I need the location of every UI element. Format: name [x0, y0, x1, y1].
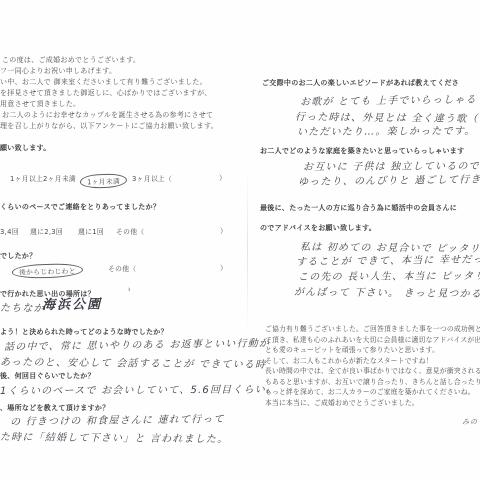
intro-line: 理を召し上がりながら、以下アンケートにご協力お願い致します。: [0, 121, 218, 131]
closing-line: そして、お二人もこれからが新たなスタートですね！: [265, 355, 433, 365]
agency-signature: みのり: [462, 417, 480, 427]
intro-line: を拝見させて頂きました御返しに、心ばかりではございますが、: [0, 88, 212, 98]
family-answer-line: ゆったり、のんびりと 過ごして行きたいと 思: [298, 170, 480, 188]
intro-line: い中、お二人で 御来室くださいまして有り難うございました。: [0, 77, 207, 87]
pace-option-2: 週に2,3回: [30, 226, 63, 236]
closing-line: ご協力有り難うございました。ご回答頂きました事を一つの成功例とし: [265, 323, 480, 333]
pace-option-1: 3,4回: [0, 226, 19, 236]
intro-closing-fragment: 願い致します。: [0, 143, 51, 153]
advice-answer-line: することが できて、本当に 幸せだったと: [296, 250, 480, 268]
left-page: この度は、ご成婚おめでとうございます。 フ一同心よりお祝い申しあげます。 い中、…: [0, 0, 240, 480]
pace-option-3: 週に1回: [78, 226, 104, 236]
decide-answer-line: 話の中で、常に 思いやりのある お返事といい行動が: [4, 334, 270, 353]
duration-option-3: 3ヶ月以上（: [132, 173, 172, 183]
advice-answer-line: がんばって 下さい。 きっと見つかると 思: [294, 283, 480, 300]
advice-answer-line: この先の 長い人生、本当に ピッタリの方: [298, 267, 480, 283]
pace-question: くらいのペースでご連絡をとりあってましたか？: [0, 202, 160, 212]
duration-paren-close: ）: [219, 173, 226, 183]
intro-line: 用意させて頂きました。: [0, 99, 80, 109]
episode-question: ご交際中のお二人の楽しいエピソードがあれば教えてくださ: [262, 78, 459, 88]
family-question: お二人でどのような家庭を築きたいと思っていらっしゃいます: [260, 146, 464, 156]
feeling-selected-circle: 後からじわじわと: [12, 259, 83, 278]
pace-option-other: その他（: [116, 226, 144, 236]
closing-line: 長い時間の中では、全てが良い事ばかりではなく、意見が衝突される: [265, 365, 480, 375]
decide-answer-line: あったのと、安心して 会話することが できている時: [0, 353, 266, 371]
feeling-selected-option: 後からじわじわと: [12, 263, 83, 279]
pace-paren-close: ）: [220, 226, 227, 236]
stray-pen-mark: ゝ: [124, 284, 132, 295]
duration-selected-option: 1ヶ月未満: [80, 173, 127, 188]
episode-answer-line: お歌が とても 上手でいらっしゃる カラオケ(店: [300, 90, 480, 108]
duration-option-1: 1ヶ月以上2ヶ月未満: [10, 173, 76, 183]
scanned-questionnaire: この度は、ご成婚おめでとうございます。 フ一同心よりお祝い申しあげます。 い中、…: [0, 0, 480, 480]
closing-line: もっと絆を深めて、お二人カラーのご家庭を築かれてくださいね。: [265, 386, 475, 396]
intro-line: フ一同心よりお祝い申しあげます。: [0, 66, 116, 76]
closing-line: て頂き、私達も心のふれあいを大切に会員様に適切なアドバイスが出: [265, 334, 480, 344]
times-answer-line: 1くらいのペースで お会いしていて、5.6回目くらい。: [0, 381, 277, 397]
propose-answer-line: の 行きつけの 和食屋さんに 連れて行って: [10, 410, 225, 428]
feeling-option-other: その他（: [108, 263, 136, 273]
intro-line: お二人のようにお幸せなカップルを誕生させる為の参考にさせて: [2, 110, 213, 120]
feeling-paren-close: ）: [220, 263, 227, 273]
place-answer-handwriting: 海浜公園: [42, 293, 102, 313]
propose-answer-line: た時に「結婚して下さい」と 言われました。: [0, 428, 228, 445]
intro-line: この度は、ご成婚おめでとうございます。: [2, 55, 140, 65]
right-page: ご交際中のお二人の楽しいエピソードがあれば教えてくださ お歌が とても 上手でい…: [240, 0, 480, 480]
closing-line: とも愛のキューピットを頑張って参りたいと思います。: [265, 344, 439, 354]
closing-line: 本当に本当に、ご成婚おめでとうございました。: [265, 397, 419, 407]
advice-question-line2: のでアドバイスをお願い致します。: [260, 223, 376, 233]
times-question: 後、何回目ぐらいでしたか？: [0, 371, 95, 381]
duration-selected-circle: 1ヶ月未満: [80, 169, 127, 188]
episode-answer-line: いただいたり…。楽しかったです。: [297, 122, 475, 138]
place-answer-fragment: たちなか: [0, 299, 45, 314]
closing-line: もあると思いますが、お互いで譲り合ったり、きちんと話し合ったりで一: [265, 376, 480, 386]
advice-question-line1: 最後に、たった一人の方に巡り合う為に婚活中の会員さんに: [260, 203, 457, 213]
